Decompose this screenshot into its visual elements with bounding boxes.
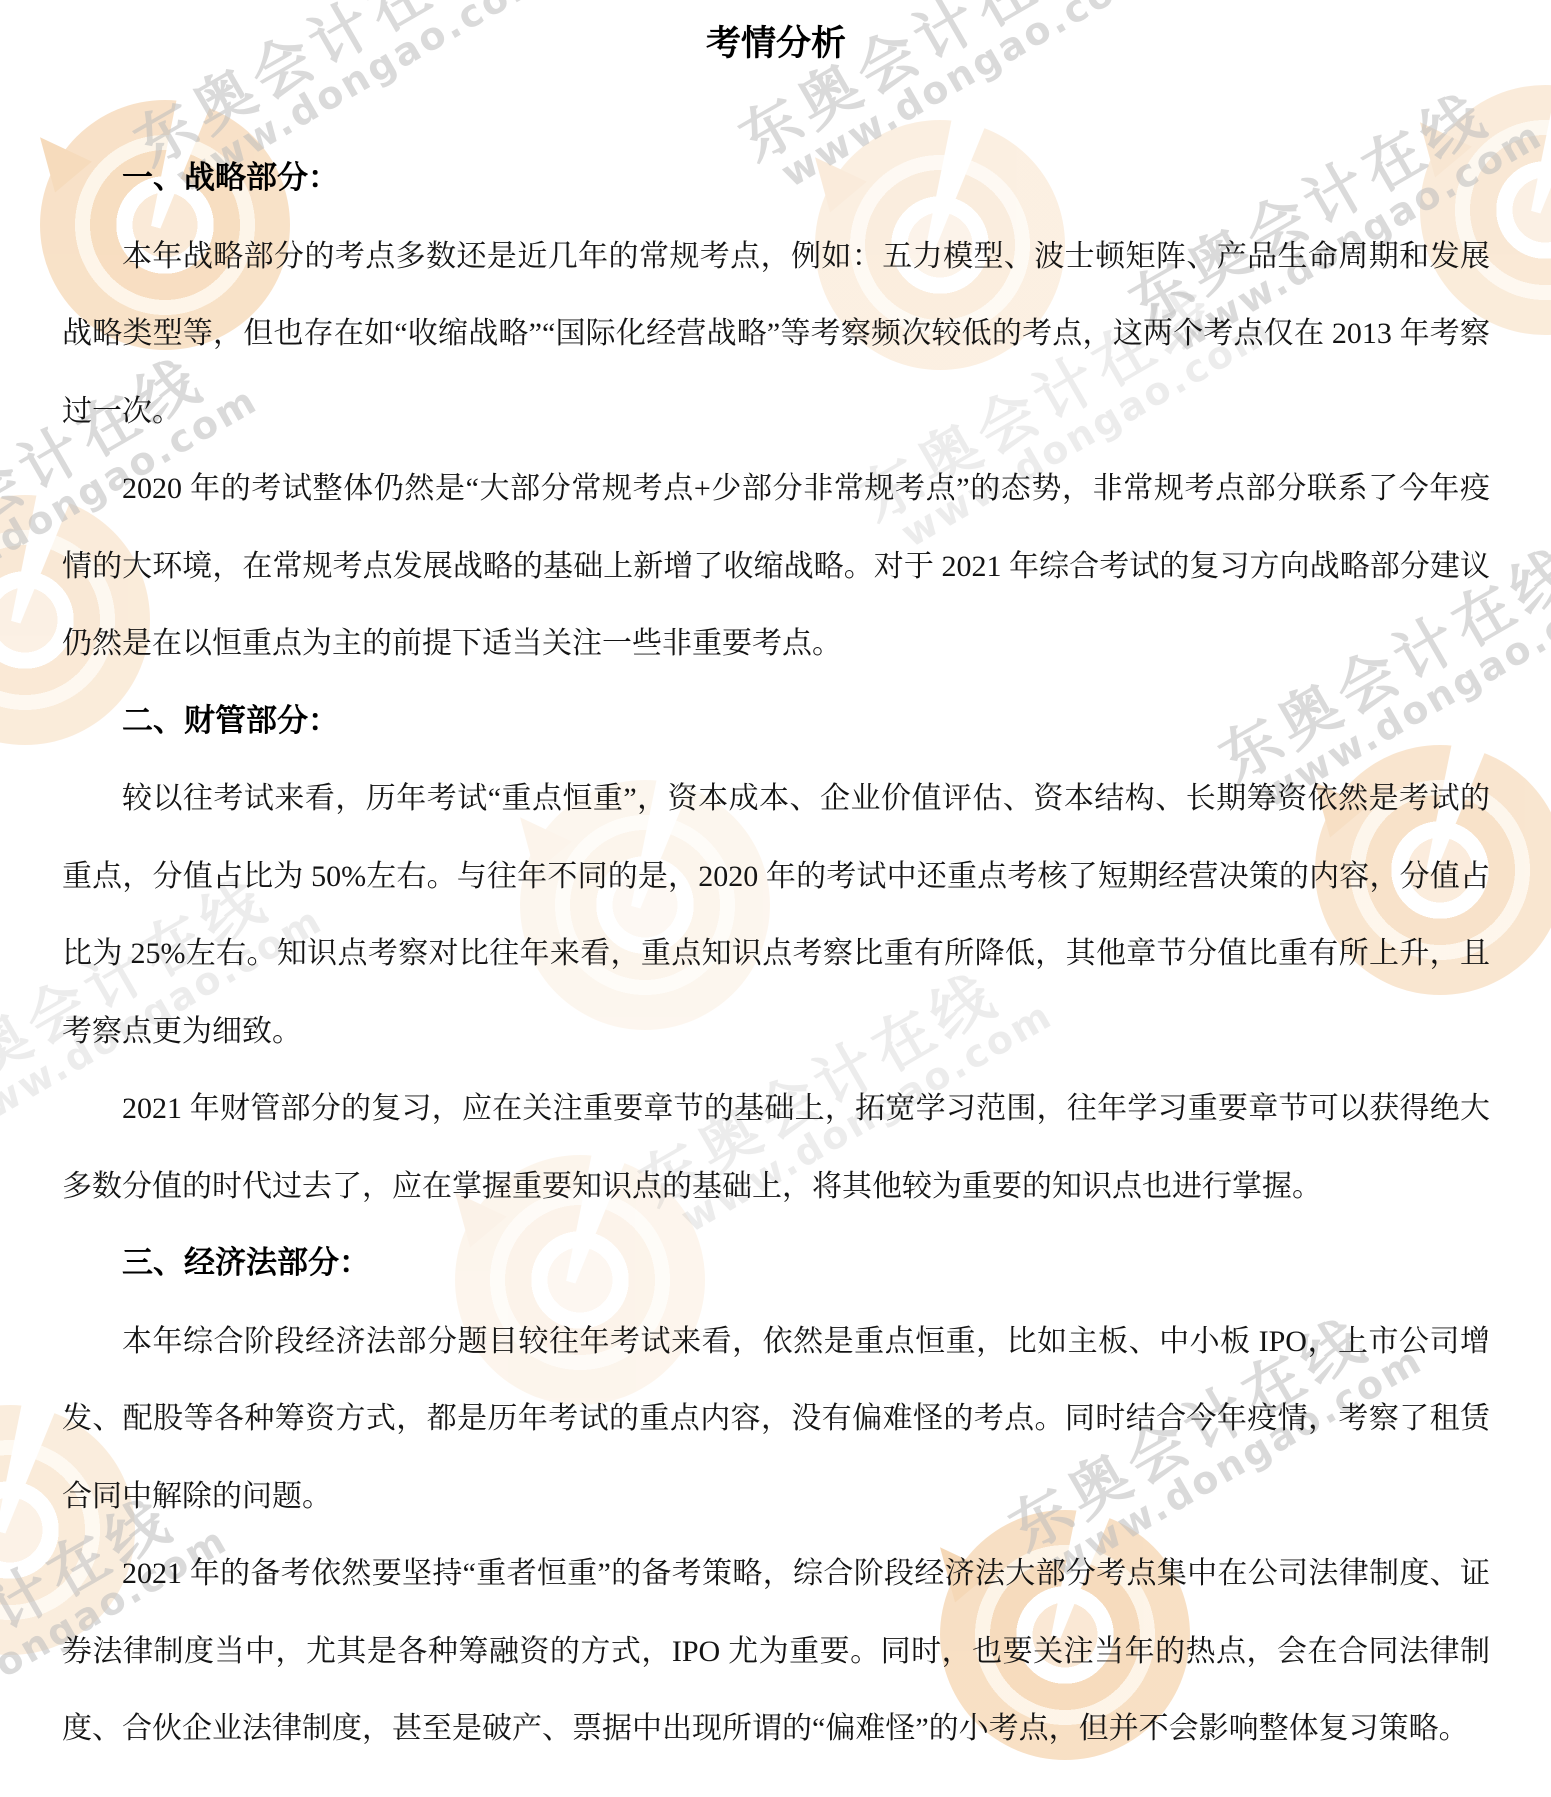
paragraph: 本年综合阶段经济法部分题目较往年考试来看，依然是重点恒重，比如主板、中小板 IP… (62, 1303, 1490, 1536)
paragraph: 2021 年财管部分的复习，应在关注重要章节的基础上，拓宽学习范围，往年学习重要… (62, 1070, 1490, 1225)
paragraph: 2020 年的考试整体仍然是“大部分常规考点+少部分非常规考点”的态势，非常规考… (62, 450, 1490, 683)
document-title: 考情分析 (62, 22, 1490, 66)
document-page: 东奥会计在线 www.dongao.com 东奥会计在线 www.dongao.… (0, 0, 1551, 1797)
paragraph: 较以往考试来看，历年考试“重点恒重”，资本成本、企业价值评估、资本结构、长期筹资… (62, 760, 1490, 1070)
paragraph: 2021 年的备考依然要坚持“重者恒重”的备考策略，综合阶段经济法大部分考点集中… (62, 1535, 1490, 1768)
section-heading-finance: 二、财管部分： (62, 683, 1490, 761)
section-heading-strategy: 一、战略部分： (62, 140, 1490, 218)
document-content: 考情分析 一、战略部分： 本年战略部分的考点多数还是近几年的常规考点，例如：五力… (0, 0, 1551, 1768)
paragraph: 本年战略部分的考点多数还是近几年的常规考点，例如：五力模型、波士顿矩阵、产品生命… (62, 218, 1490, 451)
section-heading-economic-law: 三、经济法部分： (62, 1225, 1490, 1303)
